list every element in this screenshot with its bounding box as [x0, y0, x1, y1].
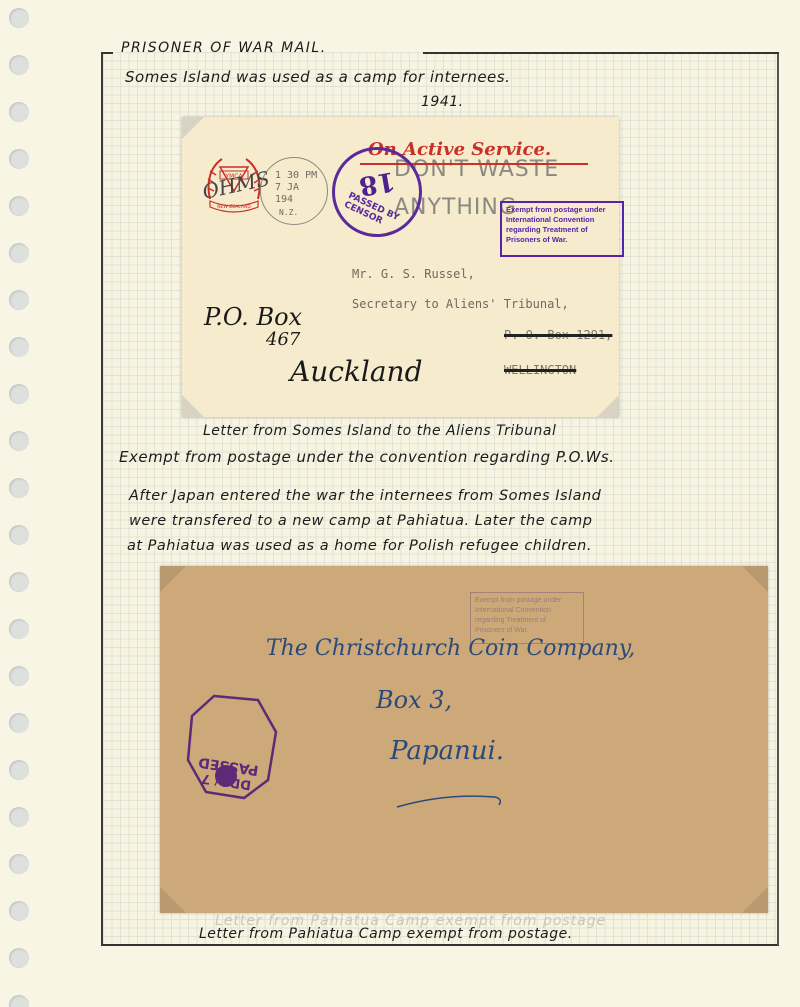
address-struck-box: P. O. Box 1291, [504, 328, 612, 342]
exempt-stamp: Exempt from postage under International … [500, 201, 624, 257]
binder-hole [9, 290, 29, 310]
binder-hole [9, 431, 29, 451]
binder-hole [9, 995, 29, 1007]
address-name: Mr. G. S. Russel, [352, 267, 475, 281]
binder-hole [9, 102, 29, 122]
paragraph-line-1: After Japan entered the war the internee… [129, 488, 601, 504]
handwritten-addressee: The Christchurch Coin Company, [266, 636, 635, 661]
binder-hole [9, 854, 29, 874]
svg-text:NEW ZEALAND: NEW ZEALAND [217, 204, 251, 210]
binder-hole [9, 901, 29, 921]
binder-hole [9, 337, 29, 357]
paragraph-line-3: at Pahiatua was used as a home for Polis… [127, 538, 592, 554]
binder-hole [9, 807, 29, 827]
binder-hole [9, 384, 29, 404]
binder-hole [9, 619, 29, 639]
flourish-underline [395, 791, 505, 811]
paragraph-line-2: were transfered to a new camp at Pahiatu… [129, 513, 592, 529]
mount-corner [182, 395, 204, 417]
binder-hole [9, 8, 29, 28]
intro-line-1: Somes Island was used as a camp for inte… [125, 68, 510, 86]
caption-1-line-1: Letter from Somes Island to the Aliens T… [203, 423, 556, 439]
handwritten-po-box: P.O. Box [204, 303, 302, 331]
binder-hole [9, 525, 29, 545]
address-title: Secretary to Aliens' Tribunal, [352, 297, 569, 311]
mount-corner [182, 117, 204, 139]
cover-pahiatua: Exempt from postage under International … [160, 566, 768, 913]
binder-hole [9, 760, 29, 780]
binder-hole [9, 196, 29, 216]
mount-corner [160, 566, 186, 592]
caption-2: Letter from Pahiatua Camp exempt from po… [199, 926, 573, 942]
handwritten-town: Papanui. [390, 736, 504, 766]
page-title: PRISONER OF WAR MAIL. [121, 40, 327, 56]
censor-stamp: 18 PASSED BY CENSOR [332, 147, 422, 237]
mount-corner [597, 395, 619, 417]
mount-corner [742, 566, 768, 592]
album-page: PRISONER OF WAR MAIL. Somes Island was u… [101, 52, 779, 946]
mount-corner [160, 887, 186, 913]
binder-hole [9, 948, 29, 968]
binder-hole [9, 572, 29, 592]
handwritten-city: Auckland [290, 355, 423, 388]
handwritten-box: Box 3, [376, 686, 452, 714]
passed-censor-stamp: PASSED DDA/ 7 [184, 694, 278, 802]
binder-hole [9, 666, 29, 686]
binder-hole [9, 55, 29, 75]
frame-top-left [101, 52, 113, 54]
caption-1-line-2: Exempt from postage under the convention… [119, 448, 615, 466]
binder-hole [9, 149, 29, 169]
binder-hole [9, 713, 29, 733]
postmark: 1 30 PM 7 JA 194 N.Z. [260, 157, 328, 225]
intro-year: 1941. [421, 94, 464, 110]
mount-corner [742, 887, 768, 913]
frame-top-right [423, 52, 779, 54]
binder-hole [9, 478, 29, 498]
binder-hole [9, 243, 29, 263]
address-struck-city: WELLINGTON [504, 363, 576, 377]
handwritten-box-number: 467 [266, 329, 300, 350]
cover-somes-island: YMCA NEW ZEALAND OHMS 1 30 PM 7 JA 194 N… [182, 117, 619, 417]
